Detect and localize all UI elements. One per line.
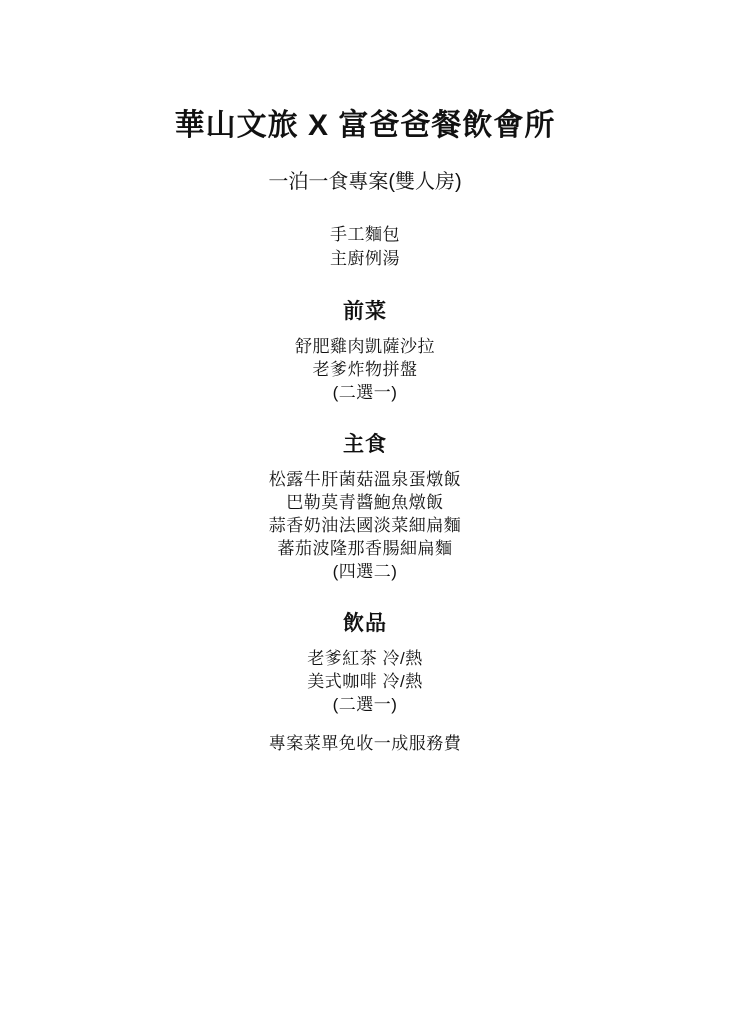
section-appetizer-items: 舒肥雞肉凱薩沙拉 老爹炸物拼盤 (二選一) <box>0 335 730 404</box>
included-items: 手工麵包 主廚例湯 <box>0 223 730 271</box>
section-main-course: 主食 松露牛肝菌菇溫泉蛋燉飯 巴勒莫青醬鮑魚燉飯 蒜香奶油法國淡菜細扁麵 蕃茄波… <box>0 430 730 583</box>
section-appetizer-heading: 前菜 <box>0 297 730 327</box>
section-drinks-heading: 飲品 <box>0 609 730 639</box>
included-item-soup: 主廚例湯 <box>0 247 730 271</box>
choice-note: (二選一) <box>0 693 730 716</box>
section-appetizer: 前菜 舒肥雞肉凱薩沙拉 老爹炸物拼盤 (二選一) <box>0 297 730 404</box>
menu-item: 巴勒莫青醬鮑魚燉飯 <box>0 491 730 514</box>
menu-subtitle: 一泊一食專案(雙人房) <box>0 169 730 195</box>
section-drinks: 飲品 老爹紅茶 冷/熱 美式咖啡 冷/熱 (二選一) <box>0 609 730 716</box>
menu-item: 松露牛肝菌菇溫泉蛋燉飯 <box>0 468 730 491</box>
menu-item: 美式咖啡 冷/熱 <box>0 670 730 693</box>
menu-item: 蕃茄波隆那香腸細扁麵 <box>0 537 730 560</box>
menu-title: 華山文旅 X 富爸爸餐飲會所 <box>0 0 730 145</box>
menu-item: 老爹炸物拼盤 <box>0 358 730 381</box>
section-main-course-heading: 主食 <box>0 430 730 460</box>
included-item-bread: 手工麵包 <box>0 223 730 247</box>
choice-note: (四選二) <box>0 560 730 583</box>
choice-note: (二選一) <box>0 381 730 404</box>
menu-item: 蒜香奶油法國淡菜細扁麵 <box>0 514 730 537</box>
menu-item: 舒肥雞肉凱薩沙拉 <box>0 335 730 358</box>
service-charge-note: 專案菜單免收一成服務費 <box>0 732 730 756</box>
menu-item: 老爹紅茶 冷/熱 <box>0 647 730 670</box>
menu-page: 華山文旅 X 富爸爸餐飲會所 一泊一食專案(雙人房) 手工麵包 主廚例湯 前菜 … <box>0 0 730 1032</box>
section-drinks-items: 老爹紅茶 冷/熱 美式咖啡 冷/熱 (二選一) <box>0 647 730 716</box>
section-main-course-items: 松露牛肝菌菇溫泉蛋燉飯 巴勒莫青醬鮑魚燉飯 蒜香奶油法國淡菜細扁麵 蕃茄波隆那香… <box>0 468 730 583</box>
